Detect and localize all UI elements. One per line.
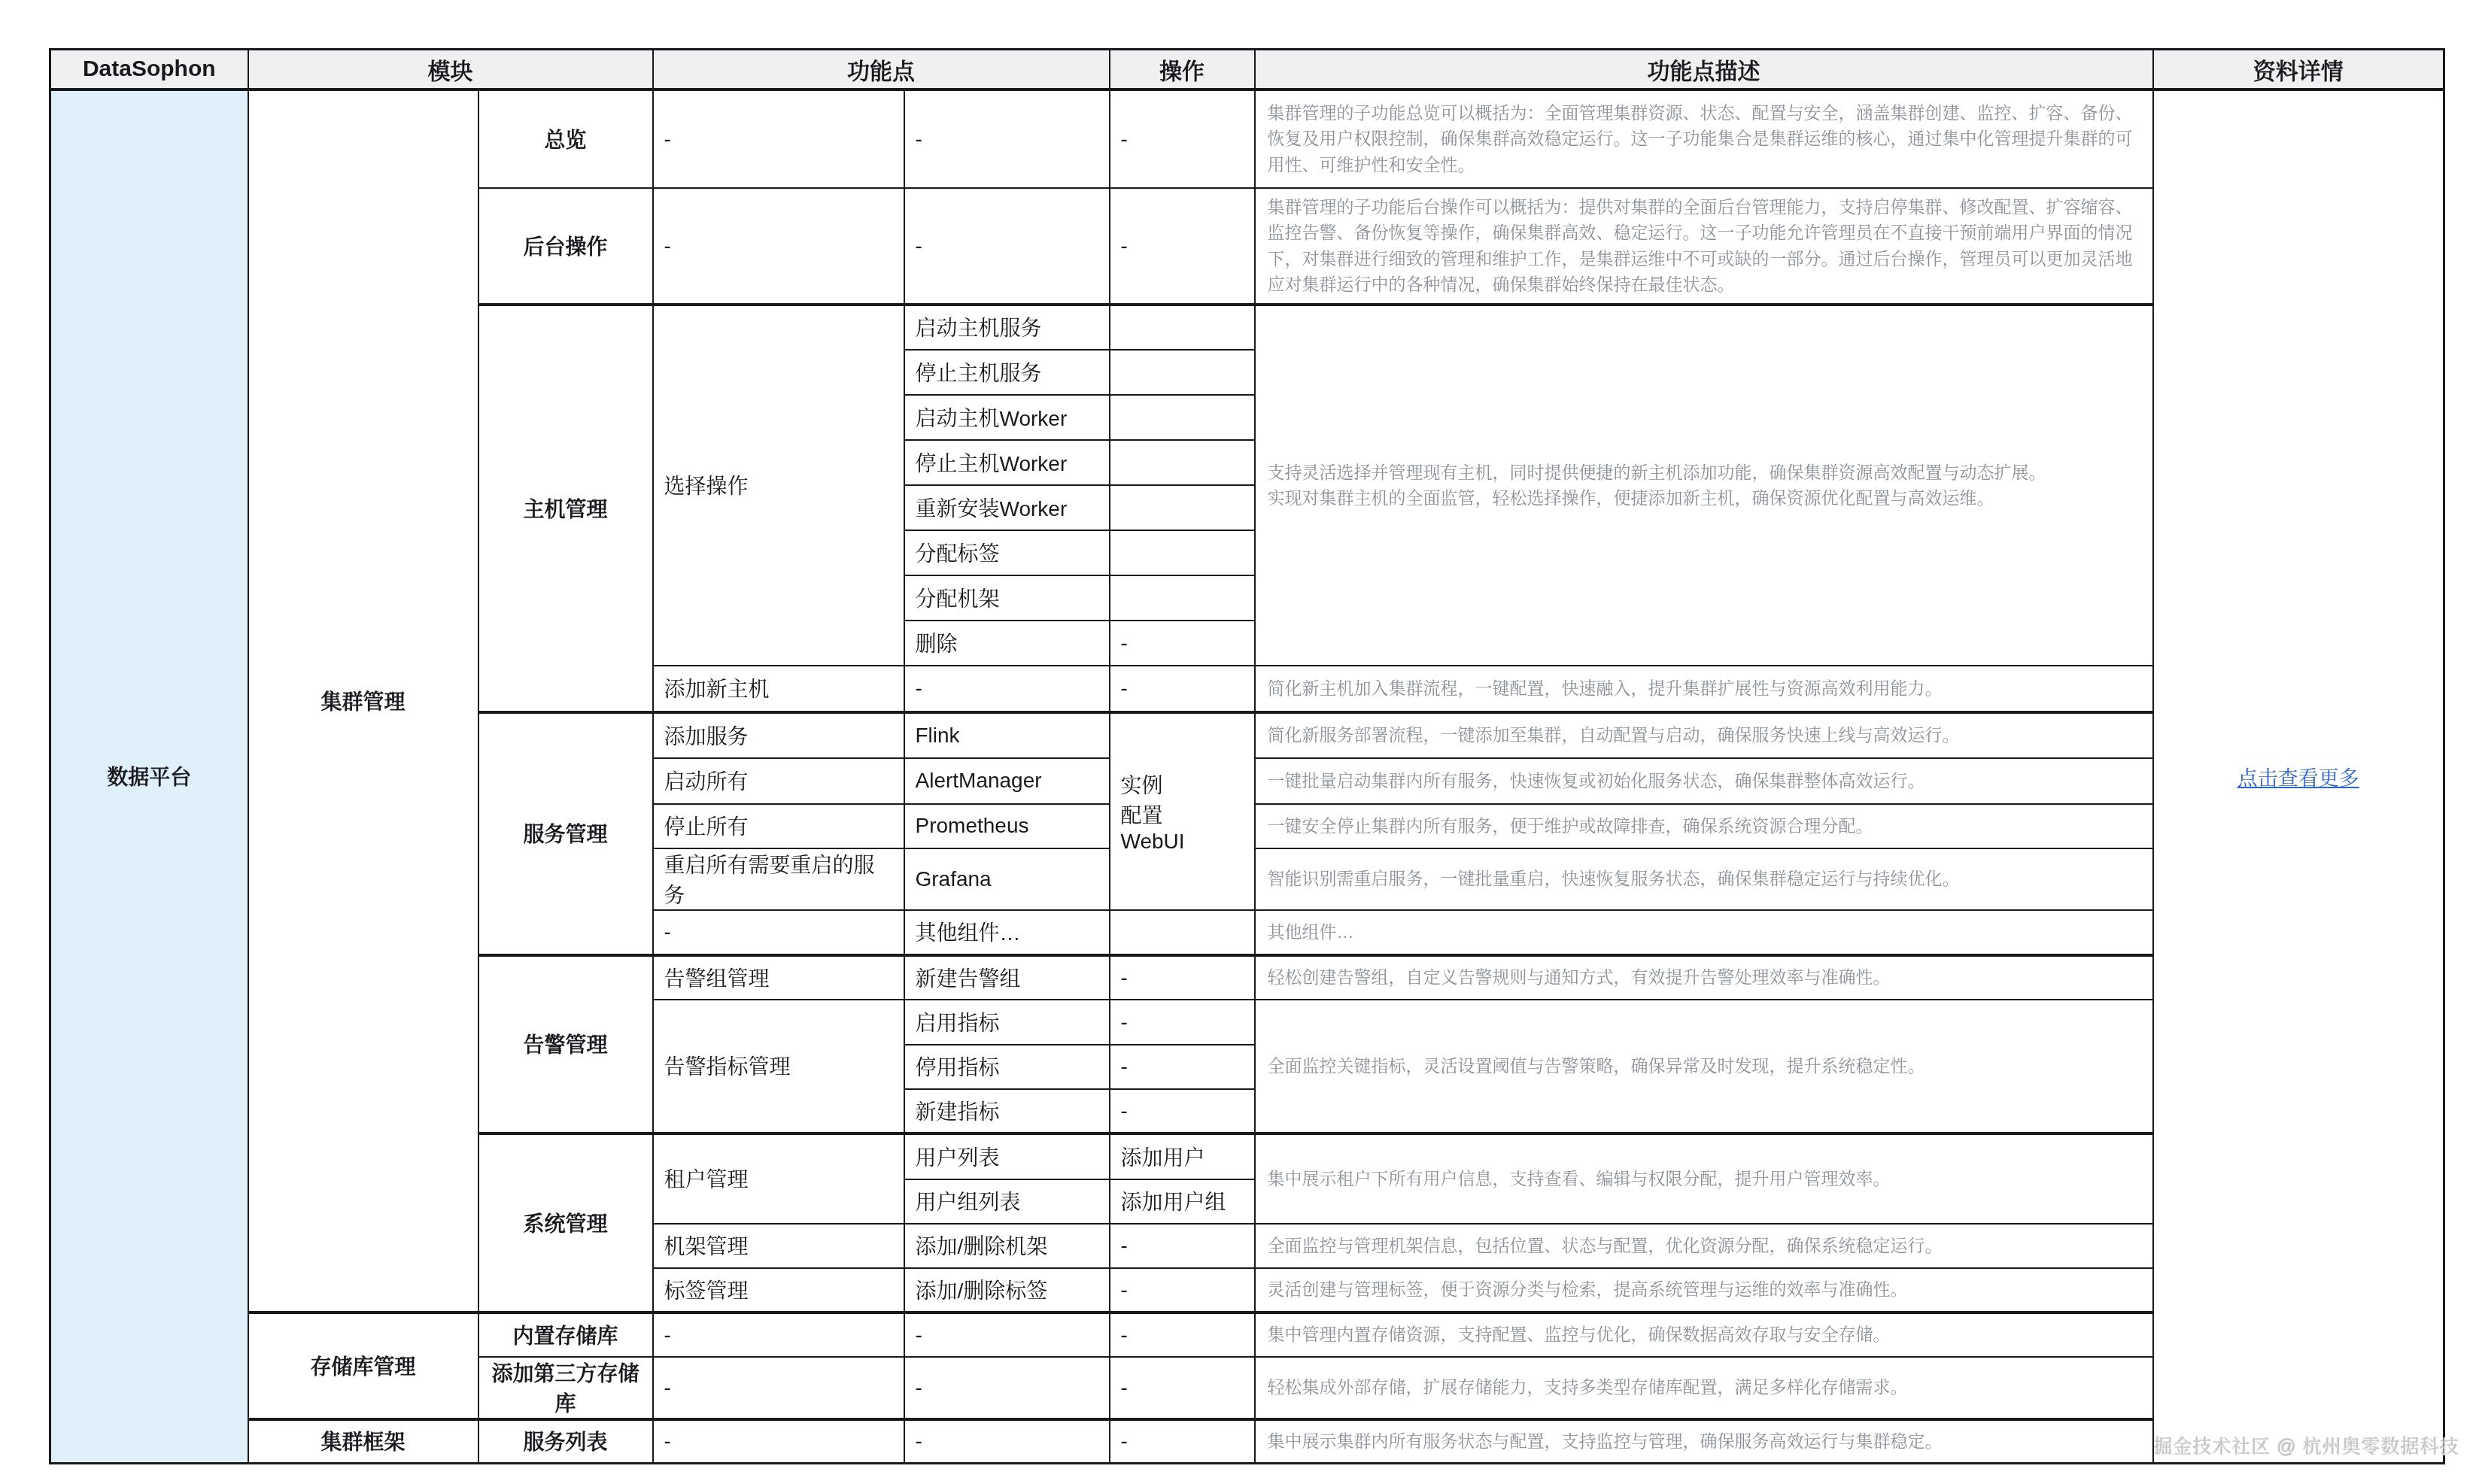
tag-desc: 灵活创建与管理标签，便于资源分类与检索，提高系统管理与运维的效率与准确性。 xyxy=(1255,1268,2153,1313)
service-mgmt-label: 服务管理 xyxy=(478,712,653,955)
operation-empty-cell xyxy=(1110,575,1255,621)
dash-cell: - xyxy=(1110,955,1255,1000)
service-component: Grafana xyxy=(904,848,1110,910)
host-mgmt-label: 主机管理 xyxy=(478,305,653,712)
dash-cell: - xyxy=(653,188,904,305)
alert-metric-desc: 全面监控关键指标，灵活设置阈值与告警策略，确保异常及时发现，提升系统稳定性。 xyxy=(1255,1000,2153,1133)
alert-group-label: 告警组管理 xyxy=(653,955,904,1000)
overview-desc: 集群管理的子功能总览可以概括为：全面管理集群资源、状态、配置与安全，涵盖集群创建… xyxy=(1255,90,2153,188)
header-module: 模块 xyxy=(248,50,653,90)
dash-cell: - xyxy=(1110,1419,1255,1464)
storage-thirdparty-desc: 轻松集成外部存储，扩展存储能力，支持多类型存储库配置，满足多样化存储需求。 xyxy=(1255,1357,2153,1419)
tenant-item: 用户组列表 xyxy=(904,1179,1110,1224)
service-component: Prometheus xyxy=(904,804,1110,848)
service-feature: - xyxy=(653,910,904,955)
tag-item: 添加/删除标签 xyxy=(904,1268,1110,1313)
host-desc: 支持灵活选择并管理现有主机，同时提供便捷的新主机添加功能，确保集群资源高效配置与… xyxy=(1255,305,2153,666)
service-feature: 添加服务 xyxy=(653,712,904,758)
alert-metric-item: 停用指标 xyxy=(904,1045,1110,1089)
storage-thirdparty-label: 添加第三方存储库 xyxy=(478,1357,653,1419)
service-desc: 智能识别需重启服务，一键批量重启，快速恢复服务状态，确保集群稳定运行与持续优化。 xyxy=(1255,848,2153,910)
service-component: AlertManager xyxy=(904,758,1110,804)
tenant-item: 用户列表 xyxy=(904,1133,1110,1179)
dash-cell: - xyxy=(1110,621,1255,666)
dash-cell: - xyxy=(904,90,1110,188)
host-op-item: 停止主机服务 xyxy=(904,350,1110,395)
service-component: Flink xyxy=(904,712,1110,758)
add-host-desc: 简化新主机加入集群流程，一键配置，快速融入，提升集群扩展性与资源高效利用能力。 xyxy=(1255,666,2153,712)
service-feature: 启动所有 xyxy=(653,758,904,804)
header-row: DataSophon 模块 功能点 操作 功能点描述 资料详情 xyxy=(50,50,2444,90)
dash-cell: - xyxy=(653,90,904,188)
service-desc: 简化新服务部署流程，一键添加至集群，自动配置与启动，确保服务快速上线与高效运行。 xyxy=(1255,712,2153,758)
dash-cell: - xyxy=(904,666,1110,712)
framework-label: 集群框架 xyxy=(248,1419,478,1464)
header-product: DataSophon xyxy=(50,50,248,90)
rack-item: 添加/删除机架 xyxy=(904,1224,1110,1268)
feature-matrix-table: DataSophon 模块 功能点 操作 功能点描述 资料详情 数据平台 集群管… xyxy=(49,48,2445,1464)
dash-cell: - xyxy=(904,188,1110,305)
host-op-item: 启动主机服务 xyxy=(904,305,1110,350)
host-op-item: 分配机架 xyxy=(904,575,1110,621)
tenant-op: 添加用户组 xyxy=(1110,1179,1255,1224)
row-storage-builtin: 存储库管理 内置存储库 - - - 集中管理内置存储资源，支持配置、监控与优化，… xyxy=(50,1313,2444,1357)
operation-empty-cell xyxy=(1110,350,1255,395)
dash-cell: - xyxy=(1110,1313,1255,1357)
alert-group-desc: 轻松创建告警组，自定义告警规则与通知方式，有效提升告警处理效率与准确性。 xyxy=(1255,955,2153,1000)
operation-empty-cell xyxy=(1110,910,1255,955)
add-host-label: 添加新主机 xyxy=(653,666,904,712)
alert-metric-item: 新建指标 xyxy=(904,1089,1110,1133)
operation-empty-cell xyxy=(1110,305,1255,350)
service-desc: 一键批量启动集群内所有服务，快速恢复或初始化服务状态，确保集群整体高效运行。 xyxy=(1255,758,2153,804)
dash-cell: - xyxy=(1110,1357,1255,1419)
cluster-mgmt-cell: 集群管理 xyxy=(248,90,478,1313)
host-op-item: 停止主机Worker xyxy=(904,440,1110,485)
storage-builtin-desc: 集中管理内置存储资源，支持配置、监控与优化，确保数据高效存取与安全存储。 xyxy=(1255,1313,2153,1357)
alert-metric-label: 告警指标管理 xyxy=(653,1000,904,1133)
tenant-op: 添加用户 xyxy=(1110,1133,1255,1179)
watermark: 掘金技术社区 @ 杭州奥零数据科技 xyxy=(2154,1432,2459,1459)
service-component: 其他组件… xyxy=(904,910,1110,955)
operation-empty-cell xyxy=(1110,485,1255,530)
row-framework: 集群框架 服务列表 - - - 集中展示集群内所有服务状态与配置，支持监控与管理… xyxy=(50,1419,2444,1464)
dash-cell: - xyxy=(1110,1089,1255,1133)
dash-cell: - xyxy=(1110,1268,1255,1313)
service-operation-cell: 实例 配置 WebUI xyxy=(1110,712,1255,910)
row-overview: 数据平台 集群管理 总览 - - - 集群管理的子功能总览可以概括为：全面管理集… xyxy=(50,90,2444,188)
host-op-item: 启动主机Worker xyxy=(904,395,1110,440)
backend-desc: 集群管理的子功能后台操作可以概括为：提供对集群的全面后台管理能力，支持启停集群、… xyxy=(1255,188,2153,305)
backend-label: 后台操作 xyxy=(478,188,653,305)
header-feature: 功能点 xyxy=(653,50,1110,90)
system-mgmt-label: 系统管理 xyxy=(478,1133,653,1313)
rack-desc: 全面监控与管理机架信息，包括位置、状态与配置，优化资源分配，确保系统稳定运行。 xyxy=(1255,1224,2153,1268)
operation-empty-cell xyxy=(1110,530,1255,575)
tenant-label: 租户管理 xyxy=(653,1133,904,1224)
header-operation: 操作 xyxy=(1110,50,1255,90)
dash-cell: - xyxy=(904,1313,1110,1357)
dash-cell: - xyxy=(904,1419,1110,1464)
platform-cell: 数据平台 xyxy=(50,90,248,1464)
framework-service-list: 服务列表 xyxy=(478,1419,653,1464)
framework-desc: 集中展示集群内所有服务状态与配置，支持监控与管理，确保服务高效运行与集群稳定。 xyxy=(1255,1419,2153,1464)
dash-cell: - xyxy=(1110,1224,1255,1268)
operation-empty-cell xyxy=(1110,395,1255,440)
dash-cell: - xyxy=(904,1357,1110,1419)
service-feature: 重启所有需要重启的服务 xyxy=(653,848,904,910)
storage-mgmt-label: 存储库管理 xyxy=(248,1313,478,1419)
alert-mgmt-label: 告警管理 xyxy=(478,955,653,1133)
detail-cell: 点击查看更多 xyxy=(2153,90,2444,1464)
dash-cell: - xyxy=(653,1357,904,1419)
dash-cell: - xyxy=(1110,1000,1255,1045)
host-op-item: 删除 xyxy=(904,621,1110,666)
dash-cell: - xyxy=(1110,1045,1255,1089)
service-feature: 停止所有 xyxy=(653,804,904,848)
dash-cell: - xyxy=(653,1313,904,1357)
operation-empty-cell xyxy=(1110,440,1255,485)
tag-label: 标签管理 xyxy=(653,1268,904,1313)
dash-cell: - xyxy=(1110,90,1255,188)
header-description: 功能点描述 xyxy=(1255,50,2153,90)
overview-label: 总览 xyxy=(478,90,653,188)
rack-label: 机架管理 xyxy=(653,1224,904,1268)
dash-cell: - xyxy=(1110,666,1255,712)
alert-metric-item: 启用指标 xyxy=(904,1000,1110,1045)
host-op-item: 分配标签 xyxy=(904,530,1110,575)
host-select-ops: 选择操作 xyxy=(653,305,904,666)
tenant-desc: 集中展示租户下所有用户信息，支持查看、编辑与权限分配，提升用户管理效率。 xyxy=(1255,1133,2153,1224)
dash-cell: - xyxy=(1110,188,1255,305)
service-desc: 一键安全停止集群内所有服务，便于维护或故障排查，确保系统资源合理分配。 xyxy=(1255,804,2153,848)
header-detail: 资料详情 xyxy=(2153,50,2444,90)
alert-group-item: 新建告警组 xyxy=(904,955,1110,1000)
dash-cell: - xyxy=(653,1419,904,1464)
view-more-link[interactable]: 点击查看更多 xyxy=(2237,767,2359,790)
host-op-item: 重新安装Worker xyxy=(904,485,1110,530)
service-desc: 其他组件… xyxy=(1255,910,2153,955)
storage-builtin-label: 内置存储库 xyxy=(478,1313,653,1357)
